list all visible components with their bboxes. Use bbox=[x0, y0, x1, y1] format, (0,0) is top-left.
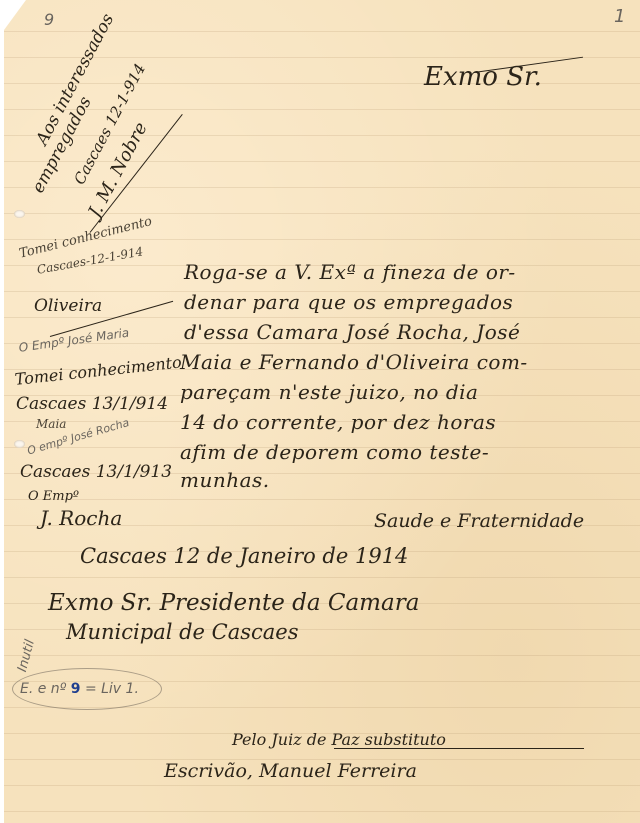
body-line-8: munhas. bbox=[180, 470, 270, 490]
folio-number-left: 9 bbox=[44, 12, 54, 28]
note4-line-3: O Empº bbox=[28, 490, 79, 503]
body-line-3: d'essa Camara José Rocha, José bbox=[184, 322, 520, 342]
note3-signature: Maia bbox=[36, 418, 66, 430]
archive-ref-number: 9 bbox=[71, 681, 81, 697]
side-pencil-note: Inutil bbox=[16, 638, 37, 673]
signature-line-2: Escrivão, Manuel Ferreira bbox=[164, 762, 417, 781]
body-line-7: afim de deporem como teste- bbox=[180, 442, 489, 462]
note4-signature: J. Rocha bbox=[40, 508, 122, 528]
note4-line-2: Cascaes 13/1/913 bbox=[20, 464, 172, 481]
torn-corner bbox=[4, 0, 26, 30]
body-line-5: pareçam n'este juizo, no dia bbox=[180, 382, 478, 402]
archive-reference: E. e nº 9 = Liv 1. bbox=[20, 682, 139, 696]
signature-line-1: Pelo Juiz de Paz substituto bbox=[232, 732, 446, 748]
salutation: Exmo Sr. bbox=[424, 64, 542, 90]
note2-signature: Oliveira bbox=[34, 298, 102, 315]
body-line-6: 14 do corrente, por dez horas bbox=[180, 412, 496, 432]
body-line-1: Roga-se a V. Exª a fineza de or- bbox=[184, 262, 516, 282]
note3-line-2: Tomei conhecimento bbox=[14, 354, 182, 387]
body-line-4: Maia e Fernando d'Oliveira com- bbox=[180, 352, 528, 372]
note3-line-1: O Empº José Maria bbox=[18, 327, 130, 354]
place-date: Cascaes 12 de Janeiro de 1914 bbox=[80, 546, 408, 567]
letter-page: 9 1 Exmo Sr. Aos interessados empregados… bbox=[4, 0, 640, 823]
closing-greeting: Saude e Fraternidade bbox=[374, 512, 584, 531]
archive-ref-prefix: E. e nº bbox=[20, 681, 66, 697]
addressee-line-1: Exmo Sr. Presidente da Camara bbox=[48, 592, 419, 615]
signature-underline bbox=[334, 748, 584, 749]
punch-hole-top bbox=[14, 210, 25, 218]
folio-number-right: 1 bbox=[614, 8, 625, 26]
body-line-2: denar para que os empregados bbox=[184, 292, 513, 312]
punch-hole-bottom bbox=[14, 440, 25, 448]
side-pencil-text: Inutil bbox=[16, 638, 37, 673]
note3-line-3: Cascaes 13/1/914 bbox=[16, 396, 168, 413]
archive-ref-suffix: = Liv 1. bbox=[85, 681, 139, 697]
addressee-line-2: Municipal de Cascaes bbox=[66, 622, 299, 643]
